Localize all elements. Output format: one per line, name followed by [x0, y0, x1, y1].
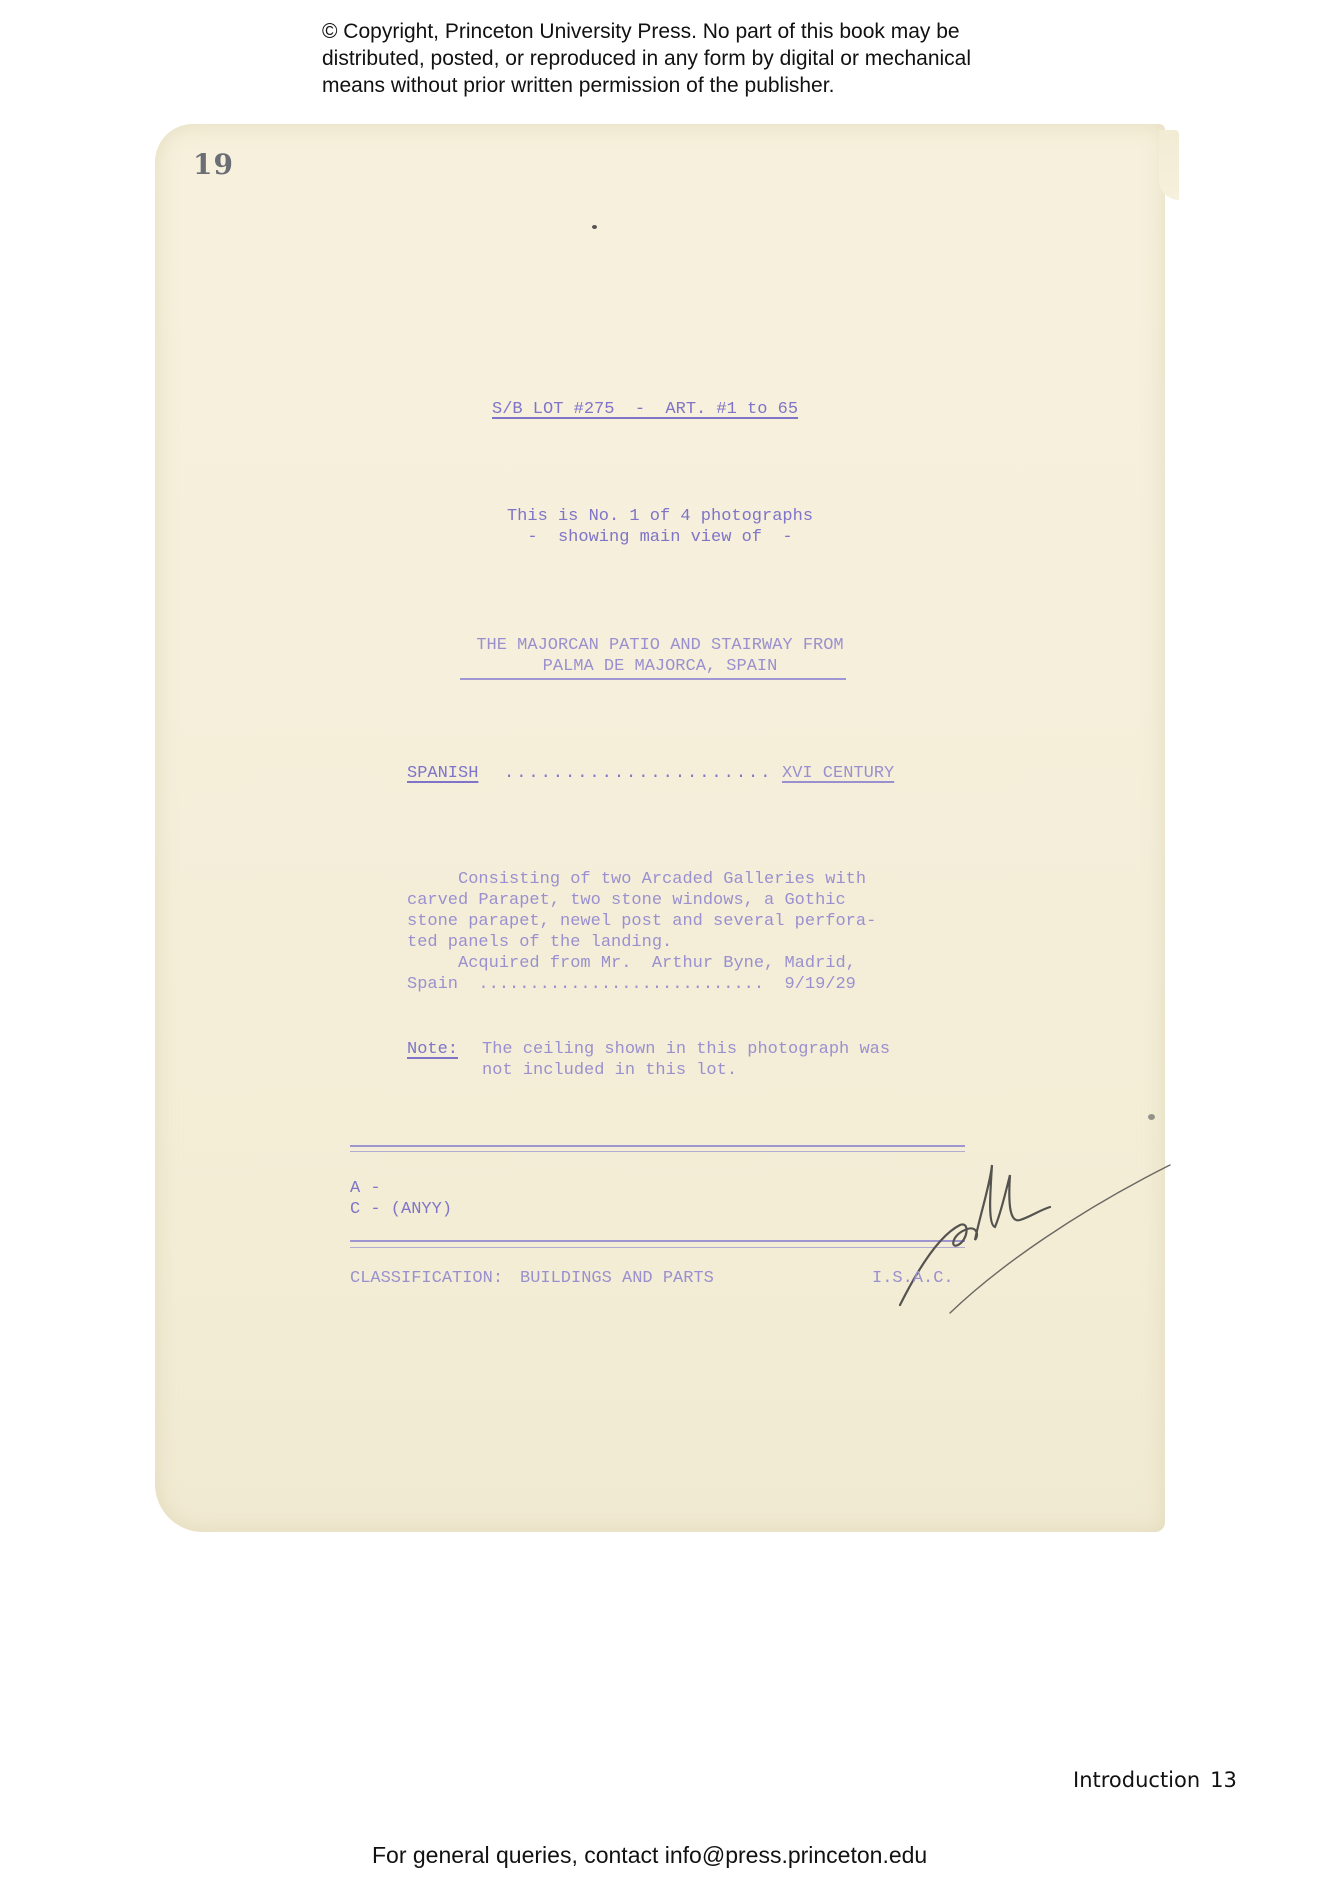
double-rule-bottom [350, 1247, 965, 1248]
note-line-2: not included in this lot. [482, 1060, 737, 1081]
contact-footer: For general queries, contact info@press.… [372, 1842, 927, 1869]
description-line: Consisting of two Arcaded Galleries with [407, 869, 866, 890]
folio-number: 19 [193, 148, 234, 181]
photo-caption-line-1: This is No. 1 of 4 photographs [440, 506, 880, 527]
page-number: 13 [1210, 1768, 1237, 1792]
description-line: ted panels of the landing. [407, 932, 672, 953]
origin-period: XVI CENTURY [782, 763, 894, 784]
description-line: carved Parapet, two stone windows, a Got… [407, 890, 846, 911]
copyright-line: © Copyright, Princeton University Press.… [322, 18, 1042, 45]
double-rule-bottom [350, 1240, 965, 1242]
title-line-2: PALMA DE MAJORCA, SPAIN [440, 656, 880, 677]
description-line: Spain ............................ 9/19/… [407, 974, 856, 995]
description-line: Acquired from Mr. Arthur Byne, Madrid, [407, 953, 856, 974]
photo-caption-line-2: - showing main view of - [440, 527, 880, 548]
code-a: A - [350, 1178, 381, 1199]
note-line-1: The ceiling shown in this photograph was [482, 1039, 890, 1060]
section-title: Introduction [1073, 1768, 1200, 1792]
origin-nationality: SPANISH [407, 763, 478, 784]
handwritten-sold-annotation [880, 1155, 1180, 1325]
ink-speck [592, 225, 597, 229]
copyright-line: distributed, posted, or reproduced in an… [322, 45, 1042, 72]
running-footer: Introduction13 [1073, 1768, 1237, 1792]
classification-value: BUILDINGS AND PARTS [520, 1268, 714, 1289]
title-underline [460, 678, 846, 680]
origin-leader: ...................... [504, 763, 772, 784]
description-line: stone parapet, newel post and several pe… [407, 911, 876, 932]
title-line-1: THE MAJORCAN PATIO AND STAIRWAY FROM [440, 635, 880, 656]
classification-code: I.S.A.C. [872, 1268, 954, 1289]
lot-heading: S/B LOT #275 - ART. #1 to 65 [492, 399, 798, 420]
code-c: C - (ANYY) [350, 1199, 452, 1220]
ink-speck [1148, 1114, 1155, 1120]
copyright-notice: © Copyright, Princeton University Press.… [322, 18, 1042, 99]
double-rule-top [350, 1145, 965, 1147]
copyright-line: means without prior written permission o… [322, 72, 1042, 99]
double-rule-top [350, 1151, 965, 1152]
classification-label: CLASSIFICATION: [350, 1268, 503, 1289]
note-label: Note: [407, 1039, 458, 1060]
